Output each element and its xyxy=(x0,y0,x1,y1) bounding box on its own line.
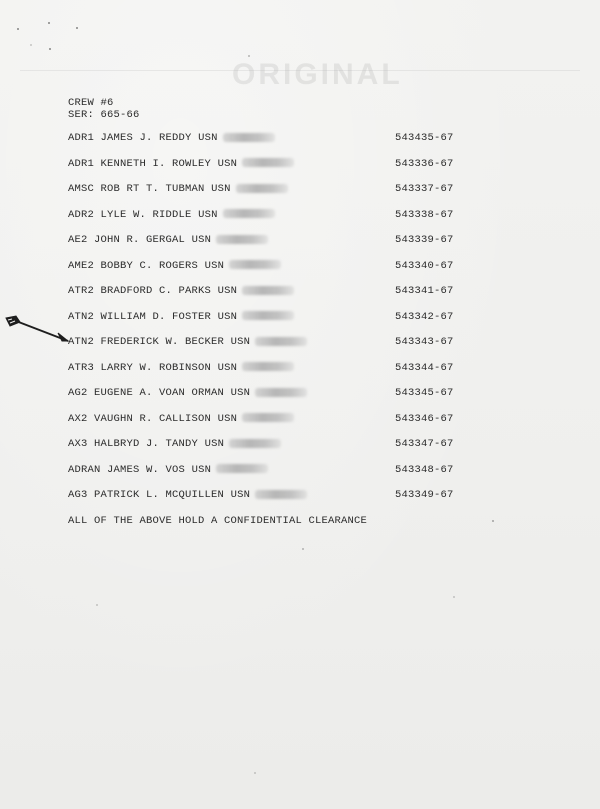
crew-member-row: AG2 EUGENE A. VOAN ORMAN USN543345-67 xyxy=(68,387,488,401)
rate: ADR1 xyxy=(68,158,94,170)
crew-member-row: ATN2 WILLIAM D. FOSTER USN543342-67 xyxy=(68,311,488,325)
service-branch: USN xyxy=(205,438,225,450)
service-serial-number: 543346-67 xyxy=(395,413,454,425)
crew-member-row: ADR1 JAMES J. REDDY USN543435-67 xyxy=(68,132,488,146)
redacted-block xyxy=(223,209,275,218)
crew-member-name: ADR2 LYLE W. RIDDLE USN xyxy=(68,209,275,221)
service-serial-number: 543339-67 xyxy=(395,234,454,246)
redacted-block xyxy=(242,413,294,422)
service-serial-number: 543348-67 xyxy=(395,464,454,476)
service-serial-number: 543349-67 xyxy=(395,489,454,501)
crew-member-row: ATR3 LARRY W. ROBINSON USN543344-67 xyxy=(68,362,488,376)
serial-label: SER: 665-66 xyxy=(68,109,140,121)
rate: ADRAN xyxy=(68,464,101,476)
redacted-block xyxy=(223,133,275,142)
service-branch: USN xyxy=(218,311,238,323)
service-serial-number: 543337-67 xyxy=(395,183,454,195)
rate: ADR2 xyxy=(68,209,94,221)
rate: AG3 xyxy=(68,489,88,501)
crew-member-row: AX3 HALBRYD J. TANDY USN543347-67 xyxy=(68,438,488,452)
crew-member-row: AE2 JOHN R. GERGAL USN543339-67 xyxy=(68,234,488,248)
redacted-block xyxy=(229,260,281,269)
service-serial-number: 543347-67 xyxy=(395,438,454,450)
redacted-block xyxy=(255,490,307,499)
crew-member-name: ATR3 LARRY W. ROBINSON USN xyxy=(68,362,294,374)
crew-member-name: ATR2 BRADFORD C. PARKS USN xyxy=(68,285,294,297)
service-branch: USN xyxy=(192,464,212,476)
service-branch: USN xyxy=(218,158,238,170)
crew-member-row: AME2 BOBBY C. ROGERS USN543340-67 xyxy=(68,260,488,274)
crew-member-name: AX3 HALBRYD J. TANDY USN xyxy=(68,438,281,450)
redacted-block xyxy=(242,286,294,295)
redacted-block xyxy=(236,184,288,193)
member-name: JAMES J. REDDY xyxy=(101,132,192,144)
member-name: HALBRYD J. TANDY xyxy=(94,438,198,450)
crew-member-name: ADRAN JAMES W. VOS USN xyxy=(68,464,268,476)
service-serial-number: 543336-67 xyxy=(395,158,454,170)
member-name: BOBBY C. ROGERS xyxy=(101,260,199,272)
member-name: JOHN R. GERGAL xyxy=(94,234,185,246)
crew-member-row: AX2 VAUGHN R. CALLISON USN543346-67 xyxy=(68,413,488,427)
service-serial-number: 543344-67 xyxy=(395,362,454,374)
crew-member-row: ADR2 LYLE W. RIDDLE USN543338-67 xyxy=(68,209,488,223)
crew-member-name: ATN2 WILLIAM D. FOSTER USN xyxy=(68,311,294,323)
crew-member-row: ADR1 KENNETH I. ROWLEY USN543336-67 xyxy=(68,158,488,172)
crew-member-name: AME2 BOBBY C. ROGERS USN xyxy=(68,260,281,272)
crew-member-name: ADR1 JAMES J. REDDY USN xyxy=(68,132,275,144)
service-serial-number: 543435-67 xyxy=(395,132,454,144)
crew-member-row: ATN2 FREDERICK W. BECKER USN543343-67 xyxy=(68,336,488,350)
rate: AMSC xyxy=(68,183,94,195)
redacted-block xyxy=(216,464,268,473)
service-branch: USN xyxy=(198,209,218,221)
service-serial-number: 543342-67 xyxy=(395,311,454,323)
original-watermark: ORIGINAL xyxy=(232,58,403,92)
service-branch: USN xyxy=(218,285,238,297)
member-name: LYLE W. RIDDLE xyxy=(101,209,192,221)
crew-member-row: AG3 PATRICK L. MCQUILLEN USN543349-67 xyxy=(68,489,488,503)
service-branch: USN xyxy=(231,336,251,348)
crew-member-row: ADRAN JAMES W. VOS USN543348-67 xyxy=(68,464,488,478)
service-branch: USN xyxy=(198,132,218,144)
member-name: FREDERICK W. BECKER xyxy=(101,336,225,348)
service-branch: USN xyxy=(192,234,212,246)
crew-member-row: AMSC ROB RT T. TUBMAN USN543337-67 xyxy=(68,183,488,197)
redacted-block xyxy=(242,311,294,320)
rate: AX3 xyxy=(68,438,88,450)
crew-member-name: AG3 PATRICK L. MCQUILLEN USN xyxy=(68,489,307,501)
service-serial-number: 543340-67 xyxy=(395,260,454,272)
redacted-block xyxy=(242,362,294,371)
service-serial-number: 543341-67 xyxy=(395,285,454,297)
service-branch: USN xyxy=(231,387,251,399)
crew-member-name: AE2 JOHN R. GERGAL USN xyxy=(68,234,268,246)
redacted-block xyxy=(216,235,268,244)
member-name: ROB RT T. TUBMAN xyxy=(101,183,205,195)
scanned-document-page: ORIGINAL CREW #6 SER: 665-66 ADR1 JAMES … xyxy=(0,0,600,809)
redacted-block xyxy=(242,158,294,167)
member-name: PATRICK L. MCQUILLEN xyxy=(94,489,224,501)
crew-member-name: AMSC ROB RT T. TUBMAN USN xyxy=(68,183,288,195)
crew-member-name: ATN2 FREDERICK W. BECKER USN xyxy=(68,336,307,348)
redacted-block xyxy=(255,337,307,346)
crew-member-name: AX2 VAUGHN R. CALLISON USN xyxy=(68,413,294,425)
crew-member-row: ATR2 BRADFORD C. PARKS USN543341-67 xyxy=(68,285,488,299)
service-branch: USN xyxy=(218,413,238,425)
rate: ADR1 xyxy=(68,132,94,144)
service-branch: USN xyxy=(211,183,231,195)
member-name: JAMES W. VOS xyxy=(107,464,185,476)
member-name: EUGENE A. VOAN ORMAN xyxy=(94,387,224,399)
rate: ATR2 xyxy=(68,285,94,297)
service-branch: USN xyxy=(205,260,225,272)
member-name: BRADFORD C. PARKS xyxy=(101,285,212,297)
service-serial-number: 543343-67 xyxy=(395,336,454,348)
member-name: LARRY W. ROBINSON xyxy=(101,362,212,374)
redacted-block xyxy=(255,388,307,397)
rate: AE2 xyxy=(68,234,88,246)
member-name: VAUGHN R. CALLISON xyxy=(94,413,211,425)
crew-label: CREW #6 xyxy=(68,97,114,109)
service-serial-number: 543338-67 xyxy=(395,209,454,221)
member-name: KENNETH I. ROWLEY xyxy=(101,158,212,170)
member-name: WILLIAM D. FOSTER xyxy=(101,311,212,323)
rate: AG2 xyxy=(68,387,88,399)
crew-member-name: AG2 EUGENE A. VOAN ORMAN USN xyxy=(68,387,307,399)
service-branch: USN xyxy=(218,362,238,374)
crew-member-name: ADR1 KENNETH I. ROWLEY USN xyxy=(68,158,294,170)
service-branch: USN xyxy=(231,489,251,501)
clearance-statement: ALL OF THE ABOVE HOLD A CONFIDENTIAL CLE… xyxy=(68,515,367,527)
rate: AX2 xyxy=(68,413,88,425)
rate: ATR3 xyxy=(68,362,94,374)
arrow-annotation-icon xyxy=(2,308,82,348)
service-serial-number: 543345-67 xyxy=(395,387,454,399)
redacted-block xyxy=(229,439,281,448)
rate: AME2 xyxy=(68,260,94,272)
